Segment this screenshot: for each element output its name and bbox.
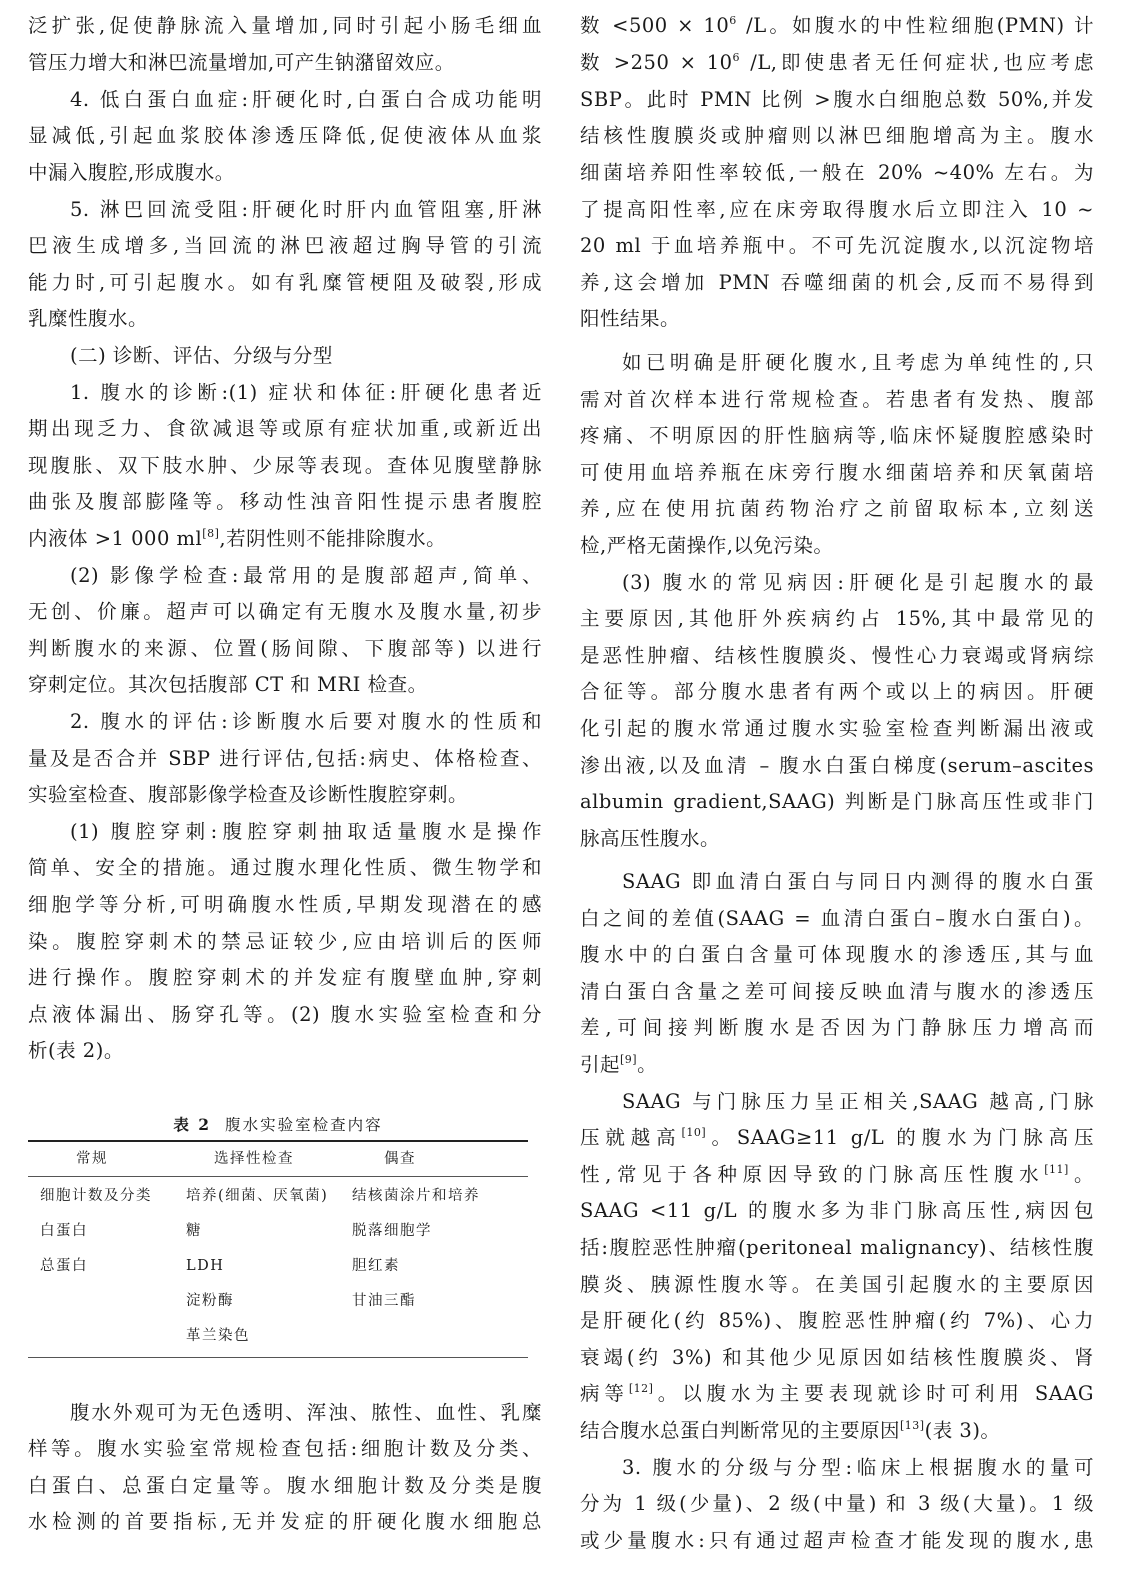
- line-text: SBP。此时 PMN 比例 >腹水白细胞总数 50%,并发: [580, 88, 1094, 111]
- table-cell: 淀粉酶: [176, 1284, 342, 1319]
- line-text: 4. 低白蛋白血症:肝硬化时,白蛋白合成功能明: [70, 88, 542, 111]
- text-line: 期出现乏力、食欲减退等或原有症状加重,或新近出: [28, 411, 542, 447]
- table-cell: LDH: [176, 1249, 342, 1284]
- header-routine: 常规: [28, 1142, 176, 1176]
- line-text: 中漏入腹腔,形成腹水。: [28, 161, 235, 184]
- text-line: 乳糜性腹水。: [28, 301, 542, 337]
- text-line: 分为 1 级(少量)、2 级(中量) 和 3 级(大量)。1 级: [580, 1486, 1094, 1522]
- line-text: 差,可间接判断腹水是否因为门静脉压力增高而: [580, 1016, 1094, 1039]
- text-line: 穿刺定位。其次包括腹部 CT 和 MRI 检查。: [28, 667, 542, 703]
- citation-superscript: [12]: [629, 1382, 654, 1395]
- citation-superscript: [11]: [1044, 1163, 1069, 1176]
- header-occasional: 偶查: [342, 1142, 528, 1176]
- text-line: 膜炎、胰源性腹水等。在美国引起腹水的主要原因: [580, 1267, 1094, 1303]
- line-text: (3) 腹水的常见病因:肝硬化是引起腹水的最: [622, 571, 1094, 594]
- line-text: 衰竭(约 3%) 和其他少见原因如结核性腹膜炎、肾: [580, 1346, 1094, 1369]
- text-line: 染。腹腔穿刺术的禁忌证较少,应由培训后的医师: [28, 924, 542, 960]
- line-text: 点液体漏出、肠穿孔等。(2) 腹水实验室检查和分: [28, 1003, 542, 1026]
- line-text: 1. 腹水的诊断:(1) 症状和体征:肝硬化患者近: [70, 381, 542, 404]
- text-line: 需对首次样本进行常规检查。若患者有发热、腹部: [580, 382, 1094, 418]
- line-text: 实验室检查、腹部影像学检查及诊断性腹腔穿刺。: [28, 783, 468, 806]
- line-text: 腹水外观可为无色透明、浑浊、脓性、血性、乳糜: [70, 1401, 542, 1424]
- line-text: 乳糜性腹水。: [28, 307, 148, 330]
- line-text: 引起: [580, 1053, 620, 1076]
- text-line: 20 ml 于血培养瓶中。不可先沉淀腹水,以沉淀物培: [580, 228, 1094, 264]
- line-text: 化引起的腹水常通过腹水实验室检查判断漏出液或: [580, 717, 1094, 740]
- text-line: (2) 影像学检查:最常用的是腹部超声,简单、: [28, 558, 542, 594]
- table-row: 总蛋白 LDH 胆红素: [28, 1249, 528, 1284]
- line-text: 管压力增大和淋巴流量增加,可产生钠潴留效应。: [28, 51, 455, 74]
- text-line: 显减低,引起血浆胶体渗透压降低,促使液体从血浆: [28, 118, 542, 154]
- line-text: 养,应在使用抗菌药物治疗之前留取标本,立刻送: [580, 497, 1094, 520]
- line-text: 期出现乏力、食欲减退等或原有症状加重,或新近出: [28, 417, 542, 440]
- text-line: 衰竭(约 3%) 和其他少见原因如结核性腹膜炎、肾: [580, 1340, 1094, 1376]
- table-caption: 表 2腹水实验室检查内容: [28, 1110, 528, 1140]
- table-cell: 白蛋白: [28, 1214, 176, 1249]
- header-optional: 选择性检查: [176, 1142, 342, 1176]
- line-text: 5. 淋巴回流受阻:肝硬化时肝内血管阻塞,肝淋: [70, 198, 542, 221]
- text-line: 进行操作。腹腔穿刺术的并发症有腹壁血肿,穿刺: [28, 960, 542, 996]
- line-text: 白之间的差值(SAAG = 血清白蛋白–腹水白蛋白)。: [580, 907, 1094, 930]
- line-text: 病等: [580, 1382, 629, 1405]
- line-text: SAAG <11 g/L 的腹水多为非门脉高压性,病因包: [580, 1199, 1094, 1222]
- text-line: 泛扩张,促使静脉流入量增加,同时引起小肠毛细血: [28, 8, 542, 44]
- line-text: 结核性腹膜炎或肿瘤则以淋巴细胞增高为主。腹水: [580, 124, 1094, 147]
- text-line: 3. 腹水的分级与分型:临床上根据腹水的量可: [580, 1450, 1094, 1486]
- text-line: 或少量腹水:只有通过超声检查才能发现的腹水,患: [580, 1523, 1094, 1559]
- text-line: 判断腹水的来源、位置(肠间隙、下腹部等) 以进行: [28, 631, 542, 667]
- text-line: 能力时,可引起腹水。如有乳糜管梗阻及破裂,形成: [28, 265, 542, 301]
- citation-superscript: 6: [733, 51, 741, 64]
- line-text: 是恶性肿瘤、结核性腹膜炎、慢性心力衰竭或肾病综: [580, 644, 1094, 667]
- text-line: 实验室检查、腹部影像学检查及诊断性腹腔穿刺。: [28, 777, 542, 813]
- text-line: 点液体漏出、肠穿孔等。(2) 腹水实验室检查和分: [28, 997, 542, 1033]
- table-cell: [342, 1319, 528, 1354]
- text-line: 化引起的腹水常通过腹水实验室检查判断漏出液或: [580, 711, 1094, 747]
- text-line: (1) 腹腔穿刺:腹腔穿刺抽取适量腹水是操作: [28, 814, 542, 850]
- line-text: 可使用血培养瓶在床旁行腹水细菌培养和厌氧菌培: [580, 461, 1094, 484]
- table-cell: 培养(细菌、厌氧菌): [176, 1179, 342, 1214]
- line-text: 样等。腹水实验室常规检查包括:细胞计数及分类、: [28, 1437, 542, 1460]
- line-text-tail: (表 3)。: [925, 1419, 1001, 1442]
- line-text: 了提高阳性率,应在床旁取得腹水后立即注入 10 ~: [580, 198, 1094, 221]
- line-text-tail: ,若阴性则不能排除腹水。: [219, 527, 446, 550]
- text-line: 合征等。部分腹水患者有两个或以上的病因。肝硬: [580, 674, 1094, 710]
- line-text: 量及是否合并 SBP 进行评估,包括:病史、体格检查、: [28, 747, 542, 770]
- line-text-tail: 。SAAG≥11 g/L 的腹水为门脉高压: [706, 1126, 1094, 1149]
- text-line: 5. 淋巴回流受阻:肝硬化时肝内血管阻塞,肝淋: [28, 192, 542, 228]
- line-text: 膜炎、胰源性腹水等。在美国引起腹水的主要原因: [580, 1273, 1094, 1296]
- text-line: 数 >250 × 106 /L,即使患者无任何症状,也应考虑: [580, 45, 1094, 81]
- text-line: 中漏入腹腔,形成腹水。: [28, 155, 542, 191]
- table-cell: 胆红素: [342, 1249, 528, 1284]
- line-text: 分为 1 级(少量)、2 级(中量) 和 3 级(大量)。1 级: [580, 1492, 1094, 1515]
- text-line: 养,应在使用抗菌药物治疗之前留取标本,立刻送: [580, 491, 1094, 527]
- text-line: 阳性结果。: [580, 301, 1094, 337]
- text-line: SBP。此时 PMN 比例 >腹水白细胞总数 50%,并发: [580, 82, 1094, 118]
- text-line: 性,常见于各种原因导致的门脉高压性腹水[11]。: [580, 1157, 1094, 1193]
- text-line: 养,这会增加 PMN 吞噬细菌的机会,反而不易得到: [580, 265, 1094, 301]
- line-text: 析(表 2)。: [28, 1039, 124, 1062]
- text-line: SAAG 与门脉压力呈正相关,SAAG 越高,门脉: [580, 1084, 1094, 1120]
- line-text: 进行操作。腹腔穿刺术的并发症有腹壁血肿,穿刺: [28, 966, 542, 989]
- text-line: 结核性腹膜炎或肿瘤则以淋巴细胞增高为主。腹水: [580, 118, 1094, 154]
- line-text: 性,常见于各种原因导致的门脉高压性腹水: [580, 1163, 1044, 1186]
- line-text: 如已明确是肝硬化腹水,且考虑为单纯性的,只: [622, 351, 1094, 374]
- line-text: 简单、安全的措施。通过腹水理化性质、微生物学和: [28, 856, 542, 879]
- line-text: 穿刺定位。其次包括腹部 CT 和 MRI 检查。: [28, 673, 428, 696]
- line-text: 脉高压性腹水。: [580, 827, 720, 850]
- text-line: SAAG 即血清白蛋白与同日内测得的腹水白蛋: [580, 864, 1094, 900]
- text-line: 是恶性肿瘤、结核性腹膜炎、慢性心力衰竭或肾病综: [580, 638, 1094, 674]
- text-line: 清白蛋白含量之差可间接反映血清与腹水的渗透压: [580, 974, 1094, 1010]
- table-cell: 甘油三酯: [342, 1284, 528, 1319]
- line-text: 3. 腹水的分级与分型:临床上根据腹水的量可: [622, 1456, 1094, 1479]
- table-cell: 糖: [176, 1214, 342, 1249]
- citation-superscript: [9]: [620, 1053, 637, 1066]
- text-line: 无创、价廉。超声可以确定有无腹水及腹水量,初步: [28, 594, 542, 630]
- text-line: 病等[12]。以腹水为主要表现就诊时可利用 SAAG: [580, 1376, 1094, 1412]
- text-line: 腹水外观可为无色透明、浑浊、脓性、血性、乳糜: [28, 1395, 542, 1431]
- table-row: 淀粉酶 甘油三酯: [28, 1284, 528, 1319]
- text-line: 引起[9]。: [580, 1047, 1094, 1083]
- line-text: 无创、价廉。超声可以确定有无腹水及腹水量,初步: [28, 600, 542, 623]
- table-bottom-rule: [28, 1357, 528, 1358]
- lab-tests-table: 表 2腹水实验室检查内容 常规 选择性检查 偶查 细胞计数及分类 培养(细菌、厌…: [28, 1110, 528, 1358]
- line-text: 养,这会增加 PMN 吞噬细菌的机会,反而不易得到: [580, 271, 1094, 294]
- table-cell: [28, 1284, 176, 1319]
- line-text: 巴液生成增多,当回流的淋巴液超过胸导管的引流: [28, 234, 542, 257]
- line-text: 2. 腹水的评估:诊断腹水后要对腹水的性质和: [70, 710, 542, 733]
- citation-superscript: [10]: [682, 1126, 707, 1139]
- line-text: 渗出液,以及血清 – 腹水白蛋白梯度(serum–ascites: [580, 754, 1094, 777]
- line-text: 判断腹水的来源、位置(肠间隙、下腹部等) 以进行: [28, 637, 542, 660]
- line-text: 内液体 >1 000 ml: [28, 527, 202, 550]
- line-text: 泛扩张,促使静脉流入量增加,同时引起小肠毛细血: [28, 14, 542, 37]
- text-line: 是肝硬化(约 85%)、腹腔恶性肿瘤(约 7%)、心力: [580, 1303, 1094, 1339]
- table-cell: 细胞计数及分类: [28, 1179, 176, 1214]
- text-line: 巴液生成增多,当回流的淋巴液超过胸导管的引流: [28, 228, 542, 264]
- text-line: 主要原因,其他肝外疾病约占 15%,其中最常见的: [580, 601, 1094, 637]
- citation-superscript: 6: [729, 14, 737, 27]
- table-cell: 革兰染色: [176, 1319, 342, 1354]
- text-line: 疼痛、不明原因的肝性脑病等,临床怀疑腹腔感染时: [580, 418, 1094, 454]
- text-line: 可使用血培养瓶在床旁行腹水细菌培养和厌氧菌培: [580, 455, 1094, 491]
- text-line: 曲张及腹部膨隆等。移动性浊音阳性提示患者腹腔: [28, 484, 542, 520]
- text-line: 样等。腹水实验室常规检查包括:细胞计数及分类、: [28, 1431, 542, 1467]
- text-line: 渗出液,以及血清 – 腹水白蛋白梯度(serum–ascites: [580, 748, 1094, 784]
- line-text: 清白蛋白含量之差可间接反映血清与腹水的渗透压: [580, 980, 1094, 1003]
- text-line: (3) 腹水的常见病因:肝硬化是引起腹水的最: [580, 565, 1094, 601]
- table-header-row: 常规 选择性检查 偶查: [28, 1142, 528, 1176]
- text-line: 白蛋白、总蛋白定量等。腹水细胞计数及分类是腹: [28, 1468, 542, 1504]
- line-text: 结合腹水总蛋白判断常见的主要原因: [580, 1419, 900, 1442]
- line-text: 20 ml 于血培养瓶中。不可先沉淀腹水,以沉淀物培: [580, 234, 1094, 257]
- text-line: 脉高压性腹水。: [580, 821, 1094, 857]
- line-text: 水检测的首要指标,无并发症的肝硬化腹水细胞总: [28, 1510, 542, 1533]
- text-line: 差,可间接判断腹水是否因为门静脉压力增高而: [580, 1010, 1094, 1046]
- text-line: 现腹胀、双下肢水肿、少尿等表现。查体见腹壁静脉: [28, 448, 542, 484]
- line-text: 曲张及腹部膨隆等。移动性浊音阳性提示患者腹腔: [28, 490, 542, 513]
- line-text: 显减低,引起血浆胶体渗透压降低,促使液体从血浆: [28, 124, 542, 147]
- table-cell: [28, 1319, 176, 1354]
- line-text: 括:腹腔恶性肿瘤(peritoneal malignancy)、结核性腹: [580, 1236, 1094, 1259]
- line-text-tail: /L,即使患者无任何症状,也应考虑: [740, 51, 1094, 74]
- table-row: 革兰染色: [28, 1319, 528, 1354]
- line-text: (2) 影像学检查:最常用的是腹部超声,简单、: [70, 564, 542, 587]
- text-line: 细胞学等分析,可明确腹水性质,早期发现潜在的感: [28, 887, 542, 923]
- line-text: 主要原因,其他肝外疾病约占 15%,其中最常见的: [580, 607, 1094, 630]
- text-line: 括:腹腔恶性肿瘤(peritoneal malignancy)、结核性腹: [580, 1230, 1094, 1266]
- line-text: 数 >250 × 10: [580, 51, 733, 74]
- text-line: 内液体 >1 000 ml[8],若阴性则不能排除腹水。: [28, 521, 542, 557]
- line-text: 染。腹腔穿刺术的禁忌证较少,应由培训后的医师: [28, 930, 542, 953]
- text-line: (二) 诊断、评估、分级与分型: [28, 338, 542, 374]
- text-line: 数 <500 × 106 /L。如腹水的中性粒细胞(PMN) 计: [580, 8, 1094, 44]
- line-text: 现腹胀、双下肢水肿、少尿等表现。查体见腹壁静脉: [28, 454, 542, 477]
- text-line: 细菌培养阳性率较低,一般在 20% ~40% 左右。为: [580, 155, 1094, 191]
- text-line: 检,严格无菌操作,以免污染。: [580, 528, 1094, 564]
- line-text-tail: 。以腹水为主要表现就诊时可利用 SAAG: [653, 1382, 1094, 1405]
- text-line: 腹水中的白蛋白含量可体现腹水的渗透压,其与血: [580, 937, 1094, 973]
- citation-superscript: [8]: [202, 527, 219, 540]
- text-line: 白之间的差值(SAAG = 血清白蛋白–腹水白蛋白)。: [580, 901, 1094, 937]
- line-text: 检,严格无菌操作,以免污染。: [580, 534, 833, 557]
- line-text: albumin gradient,SAAG) 判断是门脉高压性或非门: [580, 790, 1094, 813]
- line-text: 腹水中的白蛋白含量可体现腹水的渗透压,其与血: [580, 943, 1094, 966]
- text-line: SAAG <11 g/L 的腹水多为非门脉高压性,病因包: [580, 1193, 1094, 1229]
- table-cell: 结核菌涂片和培养: [342, 1179, 528, 1214]
- line-text: 合征等。部分腹水患者有两个或以上的病因。肝硬: [580, 680, 1094, 703]
- table-cell: 总蛋白: [28, 1249, 176, 1284]
- line-text: 疼痛、不明原因的肝性脑病等,临床怀疑腹腔感染时: [580, 424, 1094, 447]
- text-line: 2. 腹水的评估:诊断腹水后要对腹水的性质和: [28, 704, 542, 740]
- line-text-tail: 。: [637, 1053, 657, 1076]
- table-body: 细胞计数及分类 培养(细菌、厌氧菌) 结核菌涂片和培养 白蛋白 糖 脱落细胞学 …: [28, 1177, 528, 1357]
- line-text: SAAG 与门脉压力呈正相关,SAAG 越高,门脉: [622, 1090, 1094, 1113]
- line-text: 能力时,可引起腹水。如有乳糜管梗阻及破裂,形成: [28, 271, 542, 294]
- line-text-tail: /L。如腹水的中性粒细胞(PMN) 计: [737, 14, 1094, 37]
- text-line: 量及是否合并 SBP 进行评估,包括:病史、体格检查、: [28, 741, 542, 777]
- line-text: 细胞学等分析,可明确腹水性质,早期发现潜在的感: [28, 893, 542, 916]
- text-line: 析(表 2)。: [28, 1033, 542, 1069]
- text-line: 4. 低白蛋白血症:肝硬化时,白蛋白合成功能明: [28, 82, 542, 118]
- line-text: 需对首次样本进行常规检查。若患者有发热、腹部: [580, 388, 1094, 411]
- citation-superscript: [13]: [900, 1419, 925, 1432]
- text-line: 简单、安全的措施。通过腹水理化性质、微生物学和: [28, 850, 542, 886]
- line-text: 压就越高: [580, 1126, 682, 1149]
- line-text: 白蛋白、总蛋白定量等。腹水细胞计数及分类是腹: [28, 1474, 542, 1497]
- line-text: (二) 诊断、评估、分级与分型: [70, 344, 333, 367]
- text-line: 结合腹水总蛋白判断常见的主要原因[13](表 3)。: [580, 1413, 1094, 1449]
- text-line: 水检测的首要指标,无并发症的肝硬化腹水细胞总: [28, 1504, 542, 1540]
- text-line: 压就越高[10]。SAAG≥11 g/L 的腹水为门脉高压: [580, 1120, 1094, 1156]
- line-text: (1) 腹腔穿刺:腹腔穿刺抽取适量腹水是操作: [70, 820, 542, 843]
- table-number: 表 2: [173, 1115, 211, 1134]
- line-text: 细菌培养阳性率较低,一般在 20% ~40% 左右。为: [580, 161, 1094, 184]
- table-cell: 脱落细胞学: [342, 1214, 528, 1249]
- line-text: SAAG 即血清白蛋白与同日内测得的腹水白蛋: [622, 870, 1094, 893]
- line-text: 阳性结果。: [580, 307, 680, 330]
- text-line: 管压力增大和淋巴流量增加,可产生钠潴留效应。: [28, 45, 542, 81]
- text-line: albumin gradient,SAAG) 判断是门脉高压性或非门: [580, 784, 1094, 820]
- line-text: 是肝硬化(约 85%)、腹腔恶性肿瘤(约 7%)、心力: [580, 1309, 1094, 1332]
- text-line: 如已明确是肝硬化腹水,且考虑为单纯性的,只: [580, 345, 1094, 381]
- table-title: 腹水实验室检查内容: [225, 1116, 383, 1134]
- line-text-tail: 。: [1069, 1163, 1094, 1186]
- table-row: 细胞计数及分类 培养(细菌、厌氧菌) 结核菌涂片和培养: [28, 1179, 528, 1214]
- table-row: 白蛋白 糖 脱落细胞学: [28, 1214, 528, 1249]
- text-line: 1. 腹水的诊断:(1) 症状和体征:肝硬化患者近: [28, 375, 542, 411]
- line-text: 数 <500 × 10: [580, 14, 729, 37]
- text-line: 了提高阳性率,应在床旁取得腹水后立即注入 10 ~: [580, 192, 1094, 228]
- line-text: 或少量腹水:只有通过超声检查才能发现的腹水,患: [580, 1529, 1094, 1552]
